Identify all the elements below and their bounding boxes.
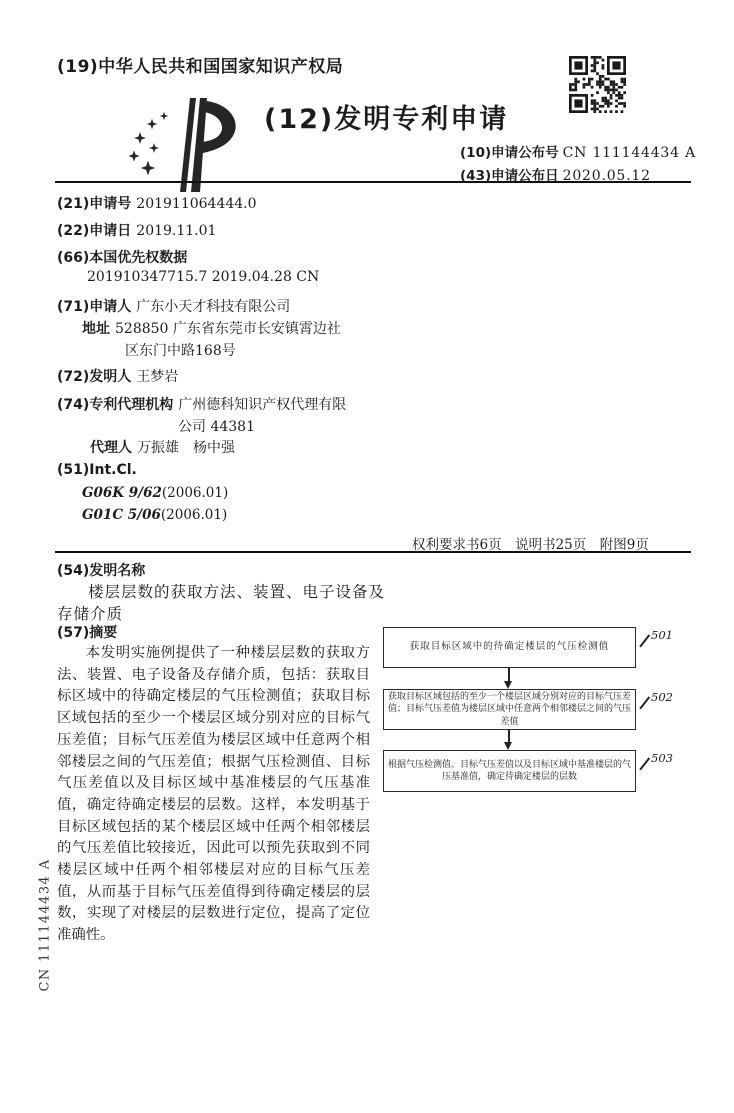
intcl-label: (51)Int.Cl. [57,462,137,478]
inventor-row: (72)发明人王梦岩 [57,366,178,386]
intcl-1-version: (2006.01) [162,485,228,501]
flow-arrow-1-line [508,668,510,682]
intcl-2-code: G01C 5/06 [82,507,161,523]
logo-stars [128,112,168,176]
ref-number-502: 502 [651,690,673,704]
invention-title: 楼层层数的获取方法、装置、电子设备及存储介质 [57,581,387,625]
biblio-divider [55,551,691,553]
agency-label: (74)专利代理机构 [57,397,173,413]
publication-number-label: (10)申请公布号 [460,145,559,161]
intcl-entry-1: G06K 9/62(2006.01) [82,485,228,501]
application-date-label: (22)申请日 [57,223,131,239]
agency-line2: 公司 44381 [178,419,255,435]
ref-leader-line-502 [639,696,649,709]
page-counts: 权利要求书6页 说明书25页 附图9页 [412,533,649,553]
issuing-office: (19)中华人民共和国国家知识产权局 [57,52,343,77]
priority-data-value: 201910347715.7 2019.04.28 CN [87,269,319,285]
flow-step-box-501: 获取目标区域中的待确定楼层的气压检测值 [383,627,636,668]
application-number-row: (21)申请号201911064444.0 [57,193,257,213]
address-line1: 528850 广东省东莞市长安镇霄边社 [115,321,341,337]
intcl-entry-2: G01C 5/06(2006.01) [82,507,227,523]
header-divider [55,181,691,183]
abstract-label: (57)摘要 [57,622,117,642]
document-type-title: (12)发明专利申请 [264,97,508,136]
vertical-document-id: CN 111144434 A [38,858,53,991]
ref-leader-line-503 [639,757,649,770]
applicant-value: 广东小天才科技有限公司 [136,299,290,315]
applicant-row: (71)申请人广东小天才科技有限公司 [57,296,290,316]
intcl-2-version: (2006.01) [161,507,227,523]
inventor-label: (72)发明人 [57,369,131,385]
intcl-row: (51)Int.Cl. [57,462,137,478]
application-number-value: 201911064444.0 [136,196,256,212]
abstract-text: 本发明实施例提供了一种楼层层数的获取方法、装置、电子设备及存储介质，包括：获取目… [57,643,370,947]
agency-row: (74)专利代理机构广州德科知识产权代理有限 [57,394,346,414]
priority-data-label: (66)本国优先权数据 [57,250,187,266]
application-date-value: 2019.11.01 [136,223,216,239]
agency-line1: 广州德科知识产权代理有限 [178,397,346,413]
publication-number-value: CN 111144434 A [563,145,696,161]
address-line2: 区东门中路168号 [125,343,236,359]
agency-row-2: 公司 44381 [173,416,255,436]
application-number-label: (21)申请号 [57,196,131,212]
address-row: 地址528850 广东省东莞市长安镇霄边社 [82,318,341,338]
application-date-row: (22)申请日2019.11.01 [57,220,216,240]
priority-data-value-row: 201910347715.7 2019.04.28 CN [82,269,319,285]
ref-number-501: 501 [651,628,673,642]
ref-number-503: 503 [651,751,673,765]
agent-label: 代理人 [90,440,132,456]
ref-leader-line-501 [639,634,649,647]
priority-data-row: (66)本国优先权数据 [57,247,187,267]
intcl-1-code: G06K 9/62 [82,485,162,501]
address-label: 地址 [82,321,110,337]
invention-title-label: (54)发明名称 [57,560,145,580]
flow-step-box-502: 获取目标区域包括的至少一个楼层区域分别对应的目标气压差值；目标气压差值为楼层区域… [383,689,636,730]
qr-code-icon [569,56,626,113]
patent-front-page: (19)中华人民共和国国家知识产权局 (12)发明专利申请 (10)申请公布号C… [0,0,734,1113]
flow-arrow-1-head [504,681,512,689]
applicant-label: (71)申请人 [57,299,131,315]
agent-row: 代理人万振雄 杨中强 [90,437,235,457]
flow-arrow-2-head [504,742,512,750]
publication-number-row: (10)申请公布号CN 111144434 A [460,141,696,161]
flow-step-box-503: 根据气压检测值、目标气压差值以及目标区域中基准楼层的气压基准值，确定待确定楼层的… [383,750,636,792]
inventor-value: 王梦岩 [136,369,178,385]
address-row-2: 区东门中路168号 [120,340,236,360]
agent-names: 万振雄 杨中强 [137,440,235,456]
